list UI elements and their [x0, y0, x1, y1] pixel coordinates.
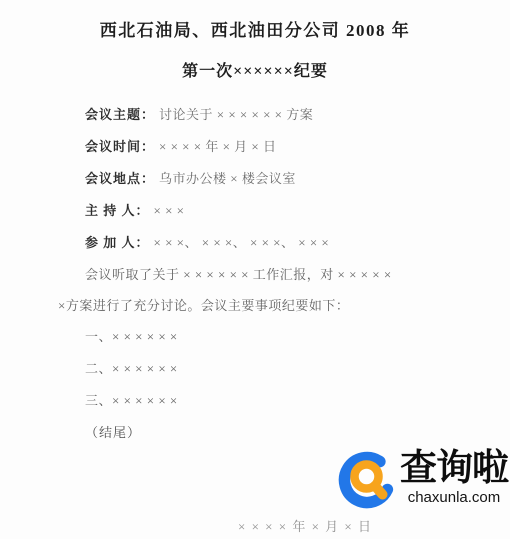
meta-value-time: × × × × 年 × 月 × 日 — [159, 139, 277, 154]
meta-row-place: 会议地点：乌市办公楼 × 楼会议室 — [58, 163, 510, 195]
list-item-2: 二、× × × × × × — [58, 353, 510, 385]
magnifier-logo-icon — [336, 449, 398, 511]
brand-domain: chaxunla.com — [408, 490, 501, 506]
chaxunla-watermark: 查询啦 chaxunla.com — [336, 449, 508, 511]
brand-name: 查询啦 — [400, 449, 508, 489]
doc-title-line2: 第一次××××××纪要 — [0, 61, 510, 83]
meta-value-subject: 讨论关于 × × × × × × 方案 — [159, 107, 313, 122]
logo-orange-handle — [375, 486, 383, 495]
meta-value-place: 乌市办公楼 × 楼会议室 — [159, 171, 296, 186]
meta-label-time: 会议时间： — [85, 139, 155, 154]
list-item-1: 一、× × × × × × — [58, 321, 510, 353]
meta-label-subject: 会议主题： — [85, 107, 155, 122]
meta-row-subject: 会议主题：讨论关于 × × × × × × 方案 — [58, 99, 510, 131]
meta-row-attendees: 参 加 人：× × ×、 × × ×、 × × ×、 × × × — [58, 227, 510, 259]
meta-row-time: 会议时间：× × × × 年 × 月 × 日 — [58, 131, 510, 163]
document-page: 西北石油局、西北油田分公司 2008 年 第一次××××××纪要 会议主题：讨论… — [0, 0, 510, 539]
doc-body: 会议主题：讨论关于 × × × × × × 方案 会议时间：× × × × 年 … — [0, 99, 510, 449]
summary-paragraph-line1: 会议听取了关于 × × × × × × 工作汇报，对 × × × × × — [58, 259, 510, 290]
meta-label-place: 会议地点： — [85, 171, 155, 186]
meta-row-host: 主 持 人：× × × — [58, 195, 510, 227]
meta-label-host: 主 持 人： — [85, 203, 150, 218]
doc-title-line1: 西北石油局、西北油田分公司 2008 年 — [0, 20, 510, 42]
watermark-text: 查询啦 chaxunla.com — [400, 449, 508, 506]
meta-value-host: × × × — [154, 203, 185, 218]
signature-date: × × × × 年 × 月 × 日 — [238, 516, 373, 535]
list-item-3: 三、× × × × × × — [58, 385, 510, 417]
summary-paragraph-line2: ×方案进行了充分讨论。会议主要事项纪要如下： — [58, 290, 510, 321]
ending-placeholder: （结尾） — [58, 417, 510, 449]
meta-label-attendees: 参 加 人： — [85, 235, 150, 250]
meta-value-attendees: × × ×、 × × ×、 × × ×、 × × × — [154, 235, 330, 250]
